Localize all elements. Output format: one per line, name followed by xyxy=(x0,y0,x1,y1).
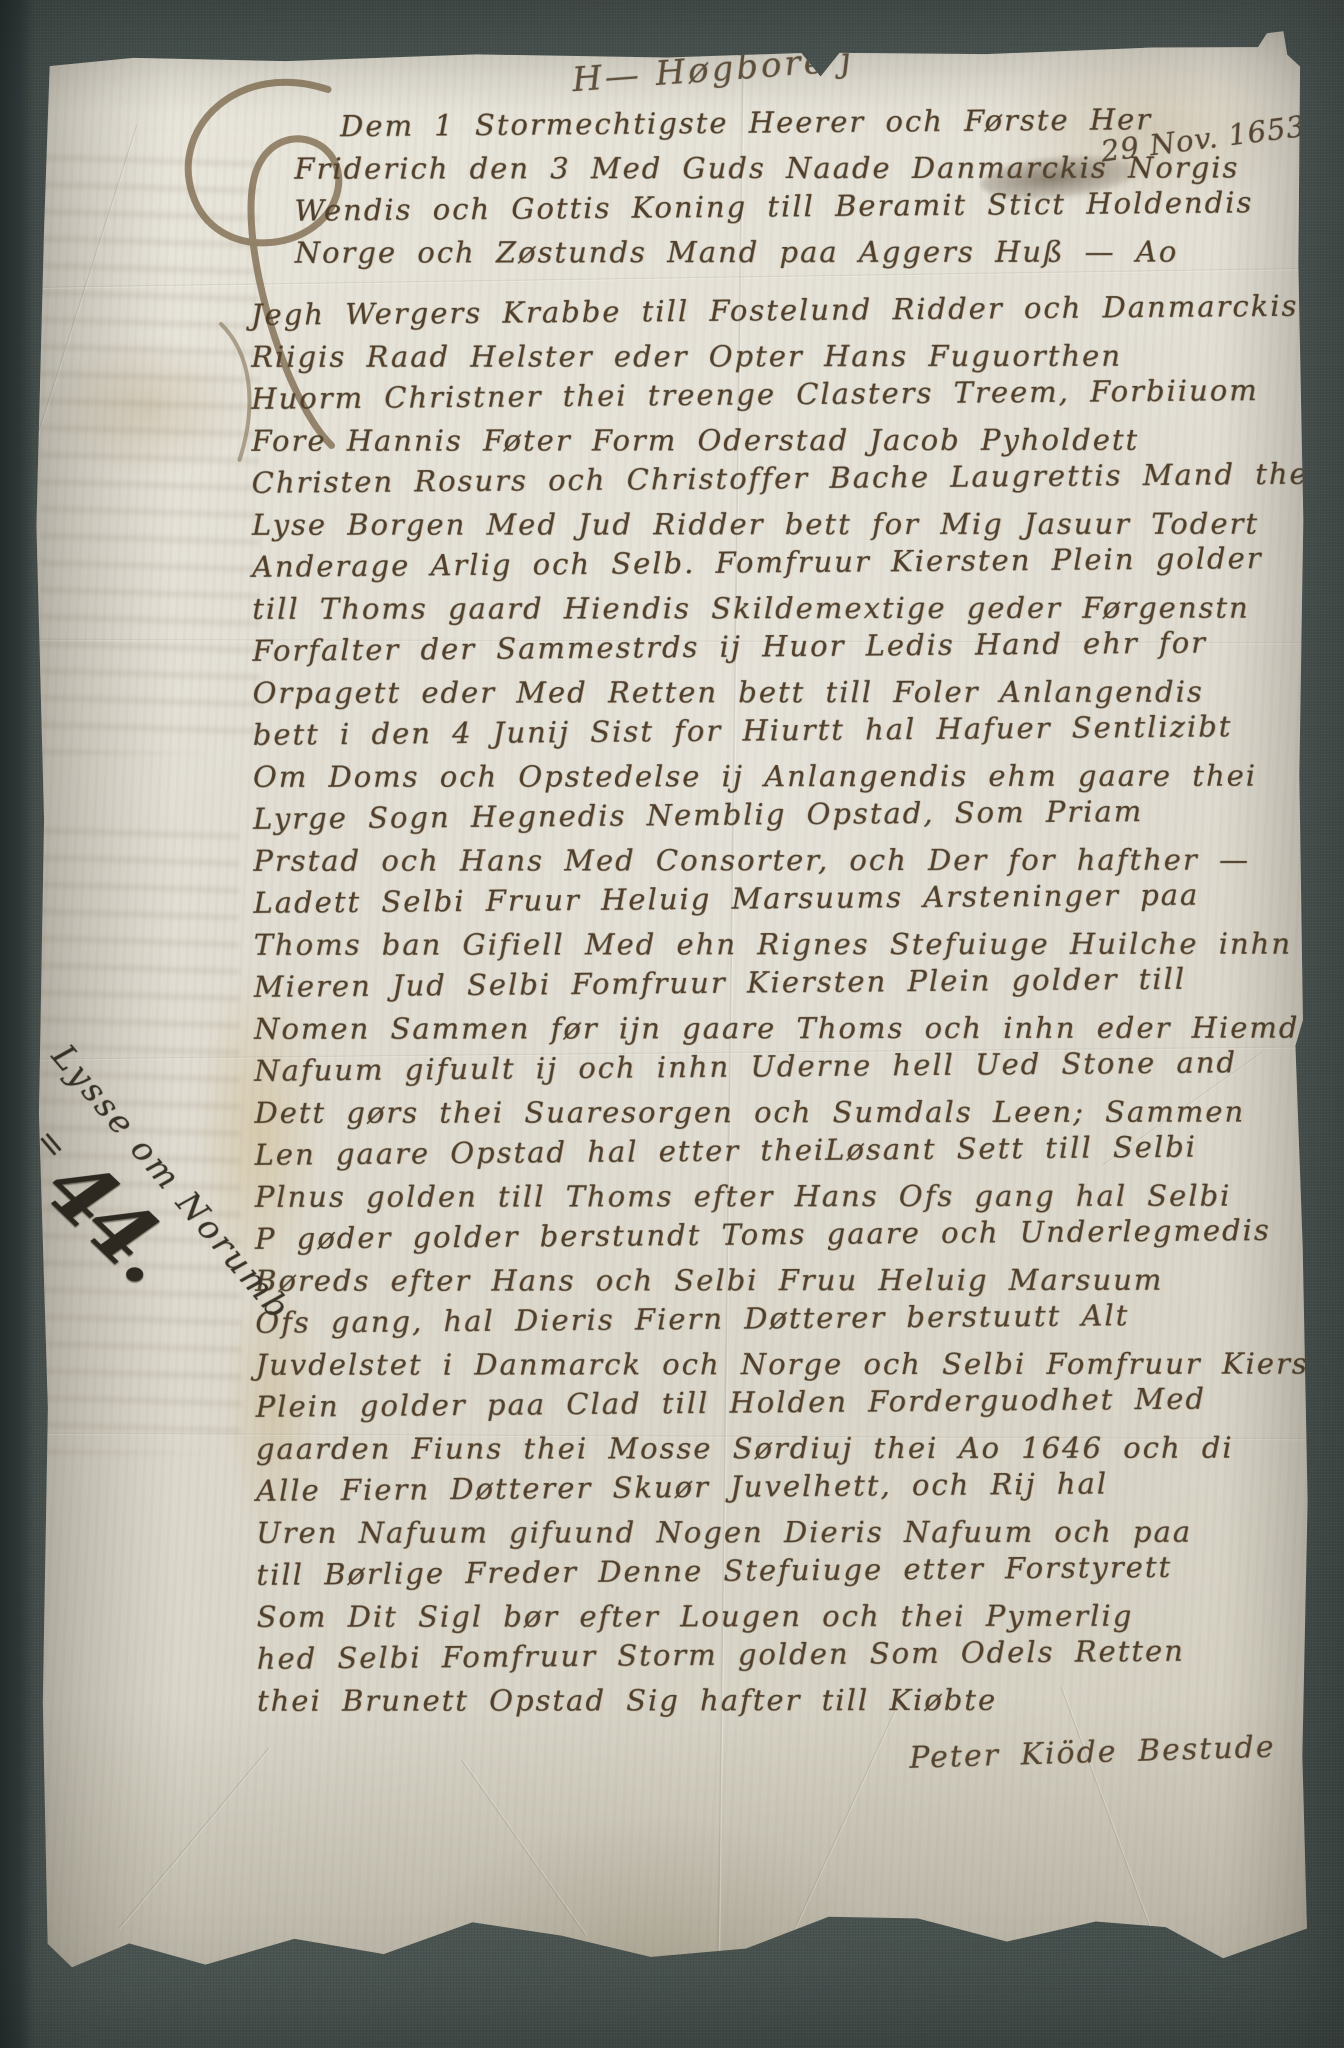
manuscript-text-block: Dem 1 Stormechtigste Heerer och Første H… xyxy=(250,101,1312,1773)
manuscript-line: Forfalter der Sammestrds ij Huor Ledis H… xyxy=(252,620,1312,672)
crease-line xyxy=(32,125,140,612)
manuscript-line: Ladett Selbi Fruur Heluig Marsuums Arste… xyxy=(253,872,1312,924)
book-spine-shadow xyxy=(0,0,34,2048)
manuscript-line: Norge och Zøstunds Mand paa Aggers Huß —… xyxy=(295,230,1313,273)
manuscript-line: till Børlige Freder Denne Stefuiuge ette… xyxy=(256,1544,1312,1596)
manuscript-line: Lyrge Sogn Hegnedis Nemblig Opstad, Som … xyxy=(253,788,1312,840)
manuscript-line: Plein golder paa Clad till Holden Forder… xyxy=(256,1376,1313,1428)
manuscript-line: Anderage Arlig och Selb. Fomfruur Kierst… xyxy=(252,536,1312,588)
closing-signature: Peter Kiöde Bestude xyxy=(909,1727,1312,1776)
manuscript-line: P gøder golder berstundt Toms gaare och … xyxy=(255,1208,1312,1260)
body-paragraph: Jegh Wergers Krabbe till Fostelund Ridde… xyxy=(251,289,1312,1722)
manuscript-line: bett i den 4 Junij Sist for Hiurtt hal H… xyxy=(253,704,1313,756)
archive-photo-backdrop: H— Høgbore j 29 Nov. 1653 Dem 1 Stormech… xyxy=(0,0,1344,2048)
manuscript-line: Ofs gang, hal Dieris Fiern Døtterer bers… xyxy=(255,1292,1312,1344)
manuscript-line: Len gaare Opstad hal etter theiLøsant Se… xyxy=(254,1124,1312,1176)
manuscript-line: Nafuum gifuult ij och inhn Uderne hell U… xyxy=(254,1040,1312,1092)
crease-line xyxy=(117,1748,270,1931)
manuscript-line: Alle Fiern Døtterer Skuør Juvelhett, och… xyxy=(256,1460,1312,1512)
manuscript-line: Jegh Wergers Krabbe till Fostelund Ridde… xyxy=(251,284,1313,336)
manuscript-line: hed Selbi Fomfruur Storm golden Som Odel… xyxy=(257,1628,1313,1680)
address-paragraph: Dem 1 Stormechtigste Heerer och Første H… xyxy=(294,101,1312,274)
manuscript-line: thei Brunett Opstad Sig hafter till Kiøb… xyxy=(257,1678,1312,1721)
header-scribble: H— Høgbore j xyxy=(571,39,856,100)
manuscript-line: Christen Rosurs och Christoffer Bache La… xyxy=(251,452,1312,504)
manuscript-line: Mieren Jud Selbi Fomfruur Kiersten Plein… xyxy=(254,956,1313,1008)
manuscript-line: Dem 1 Stormechtigste Heerer och Første H… xyxy=(294,96,1312,147)
crease-line xyxy=(461,1759,588,1937)
manuscript-line: Wendis och Gottis Koning till Beramit St… xyxy=(294,180,1312,231)
manuscript-line: Huorm Christner thei treenge Clasters Tr… xyxy=(251,368,1312,420)
manuscript-page: H— Høgbore j 29 Nov. 1653 Dem 1 Stormech… xyxy=(32,29,1313,1997)
